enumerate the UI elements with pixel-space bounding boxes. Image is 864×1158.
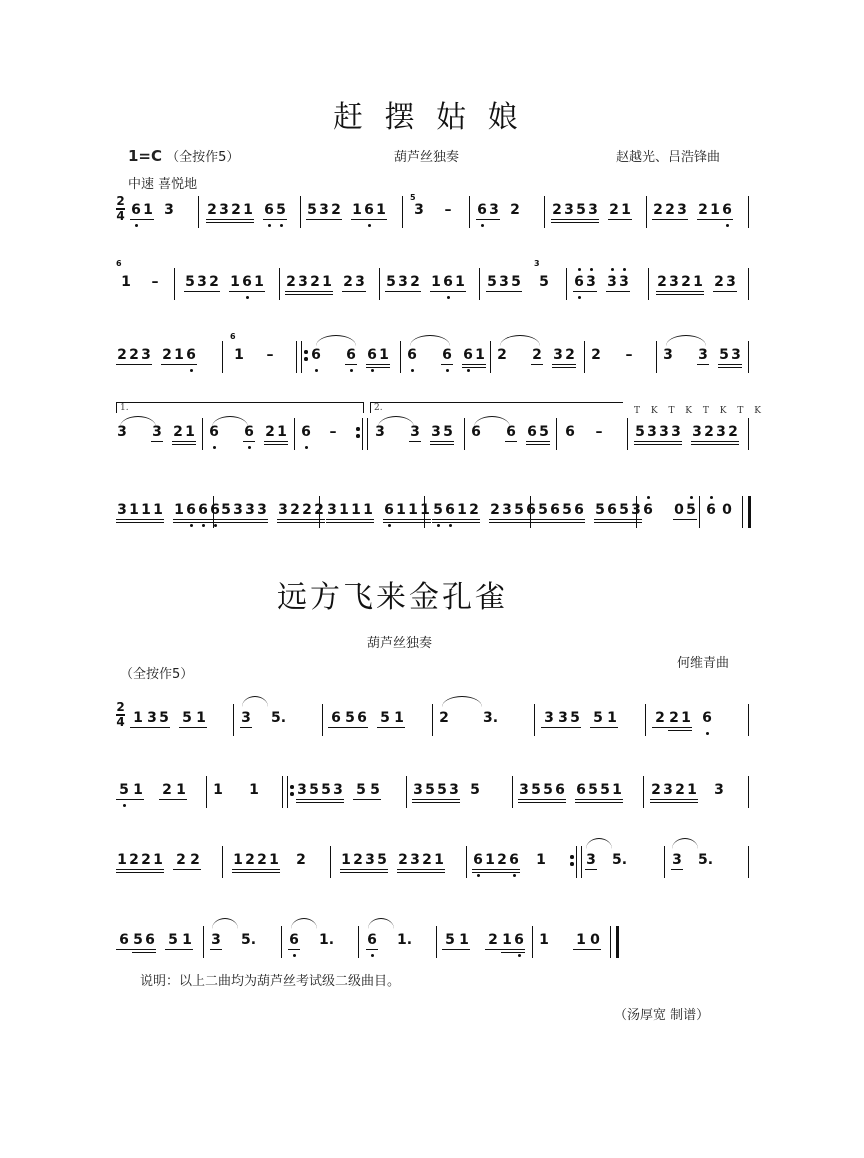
final-barline (610, 926, 619, 958)
tie (242, 696, 268, 707)
tie (316, 335, 356, 346)
barline (627, 418, 628, 450)
barline (748, 846, 749, 878)
barline (646, 196, 647, 228)
barline (532, 926, 533, 958)
barline (636, 496, 637, 528)
key-label: 1=C (128, 147, 162, 165)
repeat-end-barline (576, 846, 582, 878)
barline (279, 268, 280, 300)
transcriber-credit: （汤厚宽 制谱） (614, 1004, 709, 1023)
barline (402, 196, 403, 228)
barline (322, 704, 323, 736)
barline (424, 496, 425, 528)
barline (213, 496, 214, 528)
barline (748, 268, 749, 300)
barline (530, 496, 531, 528)
staff-line-1: 24 61 3 2321 65 532 161 5 3– 63 2 2353 (0, 190, 864, 250)
staff-line-8: 1221 22 1221 2 1235 2321 6126 1 3 5. (0, 840, 864, 900)
repeat-start-barline (296, 341, 302, 373)
tie (666, 335, 706, 346)
barline (479, 268, 480, 300)
staff-line-3: 223 216 6 1– 6 6 61 6 6 61 2 2 32 2– (0, 335, 864, 395)
staff-line-6: 24 135 51 3 5. 656 51 2 3. 335 51 (0, 698, 864, 758)
barline (294, 418, 295, 450)
barline (379, 268, 380, 300)
staff-line-5: 3111 1666 5333 3222 3111 6111 5612 2356 … (0, 490, 864, 550)
barline (748, 196, 749, 228)
piece1-title: 赶 摆 姑 娘 (333, 92, 524, 136)
barline (748, 341, 749, 373)
repeat-dots (570, 852, 574, 868)
barline (469, 196, 470, 228)
barline (584, 341, 585, 373)
barline (648, 268, 649, 300)
barline (281, 926, 282, 958)
barline (330, 846, 331, 878)
piece2-subtitle: 葫芦丝独奏 (367, 632, 432, 651)
barline (206, 776, 207, 808)
piece1-key-signature: 1=C （全按作5） (128, 146, 239, 165)
barline (544, 196, 545, 228)
barline (556, 418, 557, 450)
tie (410, 335, 450, 346)
barline (748, 704, 749, 736)
time-signature: 24 (116, 702, 125, 728)
barline (748, 418, 749, 450)
repeat-dots (304, 347, 308, 363)
barline (664, 846, 665, 878)
barline (466, 846, 467, 878)
tie (368, 918, 394, 929)
staff-line-4: 1. 2. T K T K T K T K 3 3 21 6 6 21 6– 3… (0, 412, 864, 472)
volta-second-ending: 2. (370, 402, 623, 413)
repeat-start-barline (282, 776, 288, 808)
piece2-fingering-note: （全按作5） (120, 663, 193, 682)
barline (699, 496, 700, 528)
final-barline (742, 496, 751, 528)
barline (203, 926, 204, 958)
barline (174, 268, 175, 300)
volta-first-ending: 1. (116, 402, 364, 413)
barline (748, 776, 749, 808)
tonguing-marks: T K T K T K T K (634, 406, 765, 416)
barline (464, 418, 465, 450)
barline (222, 846, 223, 878)
tie (291, 918, 317, 929)
tie (442, 696, 482, 707)
piece1-subtitle: 葫芦丝独奏 (394, 146, 459, 165)
piece1-composer: 赵越光、吕浩锋曲 (616, 146, 720, 165)
barline (534, 704, 535, 736)
barline (436, 926, 437, 958)
barline (406, 776, 407, 808)
repeat-dots (290, 782, 294, 798)
barline (512, 776, 513, 808)
barline (566, 268, 567, 300)
barline (202, 418, 203, 450)
barline (198, 196, 199, 228)
piece2-title: 远方飞来金孔雀 (277, 572, 508, 616)
barline (319, 496, 320, 528)
staff-line-9: 656 51 3 5. 6 1. 6 1. 51 216 1 (0, 920, 864, 980)
tie (500, 335, 540, 346)
grace-note: 6 (230, 333, 236, 341)
barline (300, 196, 301, 228)
staff-line-2: 6 1– 532 161 2321 23 532 161 535 3 5 63 (0, 262, 864, 322)
tie (672, 838, 698, 849)
barline (645, 704, 646, 736)
explanation-note: 说明：以上二曲均为葫芦丝考试级二级曲目。 (140, 970, 400, 989)
grace-note: 6 (116, 260, 122, 268)
barline (358, 926, 359, 958)
barline (643, 776, 644, 808)
barline (656, 341, 657, 373)
barline (233, 704, 234, 736)
fingering-note: （全按作5） (166, 150, 239, 165)
barline (432, 704, 433, 736)
barline (222, 341, 223, 373)
barline (400, 341, 401, 373)
tie (212, 918, 238, 929)
staff-line-7: 51 21 11 3553 55 3553 5 3556 6551 2321 3 (0, 770, 864, 830)
time-signature: 24 (116, 196, 125, 222)
grace-note: 5 (410, 194, 416, 202)
tie (586, 838, 612, 849)
piece2-composer: 何维青曲 (677, 652, 729, 671)
barline (490, 341, 491, 373)
grace-note: 3 (534, 260, 540, 268)
repeat-dots (356, 424, 360, 440)
repeat-end-barline (362, 418, 368, 450)
